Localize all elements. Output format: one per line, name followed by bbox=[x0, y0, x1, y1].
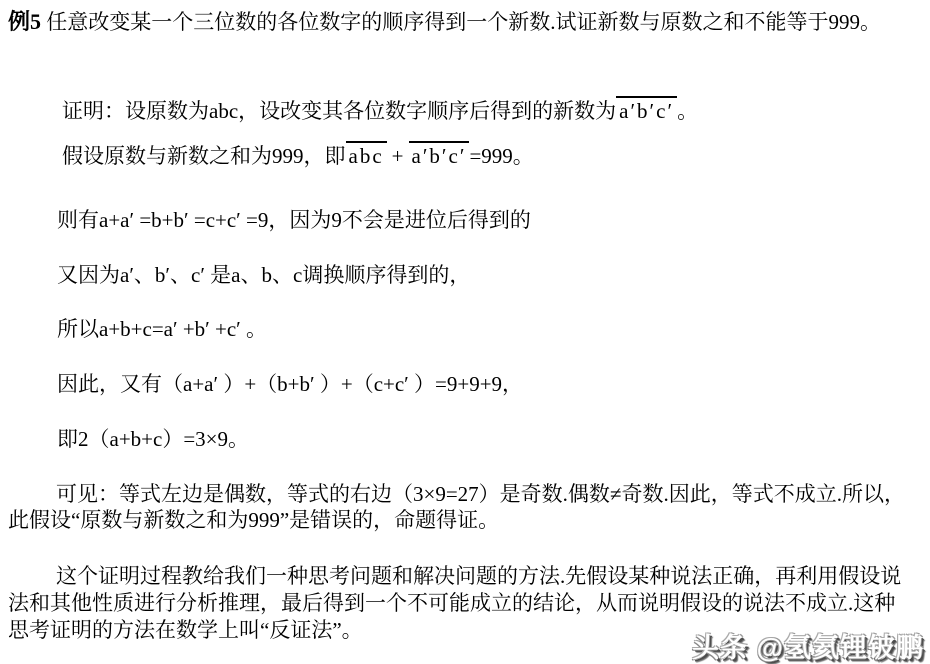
problem-label: 例5 bbox=[8, 9, 41, 34]
proof-step-3: 所以a+b+c=a′ +b′ +c′ 。 bbox=[57, 316, 267, 342]
proof-setup-text: 证明：设原数为abc，设改变其各位数字顺序后得到的新数为 bbox=[62, 99, 616, 123]
watermark-toutiao: 头条 @氢氦锂铍鹏 bbox=[692, 626, 924, 664]
assumption-equals: =999。 bbox=[469, 144, 533, 168]
proof-setup-line: 证明：设原数为abc，设改变其各位数字顺序后得到的新数为a′b′c′。 bbox=[62, 96, 698, 126]
plus-sign: + bbox=[387, 144, 409, 168]
proof-step-1: 则有a+a′ =b+b′ =c+c′ =9，因为9不会是进位后得到的 bbox=[57, 207, 531, 233]
proof-step-5: 即2（a+b+c）=3×9。 bbox=[57, 426, 249, 452]
problem-text: 任意改变某一个三位数的各位数字的顺序得到一个新数.试证新数与原数之和不能等于99… bbox=[41, 10, 881, 34]
assumption-line: 假设原数与新数之和为999，即abc+a′b′c′=999。 bbox=[62, 141, 534, 171]
conclusion-paragraph: 可见：等式左边是偶数，等式的右边（3×9=27）是奇数.偶数≠奇数.因此，等式不… bbox=[8, 481, 916, 533]
assumption-text: 假设原数与新数之和为999，即 bbox=[62, 144, 346, 168]
document-page: 例5 任意改变某一个三位数的各位数字的顺序得到一个新数.试证新数与原数之和不能等… bbox=[0, 0, 930, 664]
proof-step-4: 因此，又有（a+a′ ）+（b+b′ ）+（c+c′ ）=9+9+9， bbox=[57, 371, 523, 397]
overline-new-number: a′b′c′ bbox=[616, 96, 677, 123]
proof-setup-period: 。 bbox=[677, 99, 698, 123]
overline-new-number-2: a′b′c′ bbox=[409, 141, 470, 168]
proof-step-2: 又因为a′、b′、c′ 是a、b、c调换顺序得到的， bbox=[57, 262, 470, 288]
overline-original-number: abc bbox=[346, 141, 387, 168]
problem-statement: 例5 任意改变某一个三位数的各位数字的顺序得到一个新数.试证新数与原数之和不能等… bbox=[8, 6, 914, 38]
